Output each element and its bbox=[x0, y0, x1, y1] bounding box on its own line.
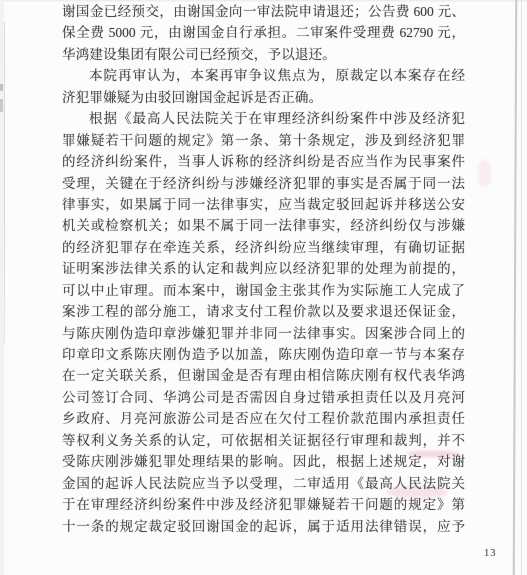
text-line: 受理，关键在于经济纠纷与涉嫌经济犯罪的事实是否属于同一法 bbox=[62, 173, 465, 194]
text-line: 的经济纠纷案件，当事人诉称的经济纠纷是否应当作为民事案件 bbox=[62, 151, 465, 172]
text-line: 印章印文系陈庆刚伪造予以加盖，陈庆刚伪造印章一节与本案存 bbox=[62, 344, 465, 365]
scan-right-edge-line bbox=[513, 0, 517, 575]
text-line: 受陈庆刚涉嫌犯罪处理结果的影响。因此，根据上述规定，对谢 bbox=[62, 451, 465, 472]
scan-left-edge-mark bbox=[0, 99, 3, 112]
scan-left-edge-line bbox=[4, 22, 5, 344]
text-line: 金国的起诉人民法院应当予以受理，二审适用《最高人民法院关 bbox=[62, 473, 465, 494]
scan-left-edge-mark bbox=[0, 84, 3, 91]
text-line: 的经济犯罪存在牵连关系，经济纠纷应当继续审理，有确切证据 bbox=[62, 237, 465, 258]
judgment-text-block: 谢国金已经预交，由谢国金向一审法院申请退还；公告费 600 元、 保全费 500… bbox=[62, 1, 465, 537]
text-line: 与陈庆刚伪造印章涉嫌犯罪并非同一法律事实。因案涉合同上的 bbox=[62, 323, 465, 344]
page-number: 13 bbox=[484, 548, 497, 559]
text-line: 在一定关联关系，但谢国金是否有理由相信陈庆刚有权代表华鸿 bbox=[62, 365, 465, 386]
scan-right-edge-line bbox=[521, 0, 522, 575]
text-line: 济犯罪嫌疑为由驳回谢国金起诉是否正确。 bbox=[62, 87, 465, 108]
text-line: 谢国金已经预交，由谢国金向一审法院申请退还；公告费 600 元、 bbox=[62, 1, 465, 22]
text-line: 罪嫌疑若干问题的规定》第一条、第十条规定，涉及到经济犯罪 bbox=[62, 130, 465, 151]
text-line: 于在审理经济纠纷案件中涉及经济犯罪嫌疑若干问题的规定》第 bbox=[62, 494, 465, 515]
text-line: 根据《最高人民法院关于在审理经济纠纷案件中涉及经济犯 bbox=[62, 108, 465, 129]
text-line: 律事实，如果属于同一法律事实，应当裁定驳回起诉并移送公安 bbox=[62, 194, 465, 215]
text-line: 机关或检察机关；如果不属于同一法律事实，经济纠纷仅与涉嫌 bbox=[62, 215, 465, 236]
text-line: 证明案涉法律关系的认定和裁判应以经济犯罪的处理为前提的， bbox=[62, 258, 465, 279]
text-line: 可以中止审理。而本案中，谢国金主张其作为实际施工人完成了 bbox=[62, 280, 465, 301]
text-line: 十一条的规定裁定驳回谢国金的起诉，属于适用法律错误，应予 bbox=[62, 516, 465, 537]
scanned-document-page: 谢国金已经预交，由谢国金向一审法院申请退还；公告费 600 元、 保全费 500… bbox=[0, 0, 527, 575]
text-line: 华鸿建设集团有限公司已经预交，予以退还。 bbox=[62, 44, 465, 65]
text-line: 本院再审认为，本案再审争议焦点为，原裁定以本案存在经 bbox=[62, 65, 465, 86]
text-line: 公司签订合同、华鸿公司是否需因自身过错承担责任以及月亮河 bbox=[62, 387, 465, 408]
text-line: 保全费 5000 元，由谢国金自行承担。二审案件受理费 62790 元， bbox=[62, 22, 465, 43]
text-line: 案涉工程的部分施工，请求支付工程价款以及要求退还保证金， bbox=[62, 301, 465, 322]
red-ink-smudge bbox=[478, 160, 491, 187]
text-line: 乡政府、月亮河旅游公司是否应在欠付工程价款范围内承担责任 bbox=[62, 408, 465, 429]
text-line: 等权利义务关系的认定，可依据相关证据径行审理和裁判，并不 bbox=[62, 430, 465, 451]
